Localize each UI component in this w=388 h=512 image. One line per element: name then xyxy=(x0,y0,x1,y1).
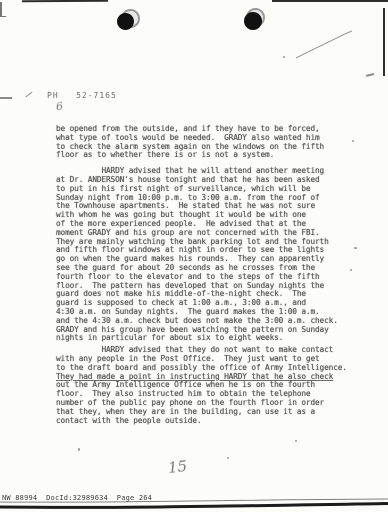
scan-speck xyxy=(295,440,297,442)
left-corner-mark-foot xyxy=(0,16,6,17)
top-edge-scan-line-left xyxy=(22,0,108,2)
scan-speck xyxy=(78,448,80,451)
handwritten-mark: 6 xyxy=(55,100,64,114)
scan-speck xyxy=(283,56,285,58)
text-line: floor as to whether there is or is not a… xyxy=(56,151,368,160)
right-edge-scan-line xyxy=(383,8,385,76)
paragraph: be opened from the outside, and if they … xyxy=(56,125,368,160)
paragraph: HARDY advised that he will attend anothe… xyxy=(56,167,368,343)
left-margin-tick xyxy=(26,92,33,98)
scan-speck xyxy=(227,457,229,459)
text-line: nights in particular for about six to ei… xyxy=(56,334,368,343)
left-corner-mark xyxy=(0,2,2,17)
scanned-document-page: PH 52-7165 6 be opened from the outside,… xyxy=(0,0,388,512)
pen-stroke-curve xyxy=(296,31,352,58)
document-text: be opened from the outside, and if they … xyxy=(56,125,368,432)
archive-footer-stamp: NW 88994 DocId:32989634 Page 264 xyxy=(2,494,152,502)
footer-thick-rule xyxy=(0,504,388,508)
hole-punch-right xyxy=(244,12,262,30)
left-margin-dash xyxy=(0,97,12,99)
hole-punch-left xyxy=(117,13,134,30)
paragraph: HARDY advised that they do not want to m… xyxy=(56,346,368,425)
top-edge-scan-line-right xyxy=(272,0,388,2)
handwritten-page-number: 15 xyxy=(167,457,188,477)
file-number: PH 52-7165 xyxy=(47,91,117,100)
text-line: contact with the people outside. xyxy=(56,417,368,426)
right-margin-tick xyxy=(366,73,374,76)
